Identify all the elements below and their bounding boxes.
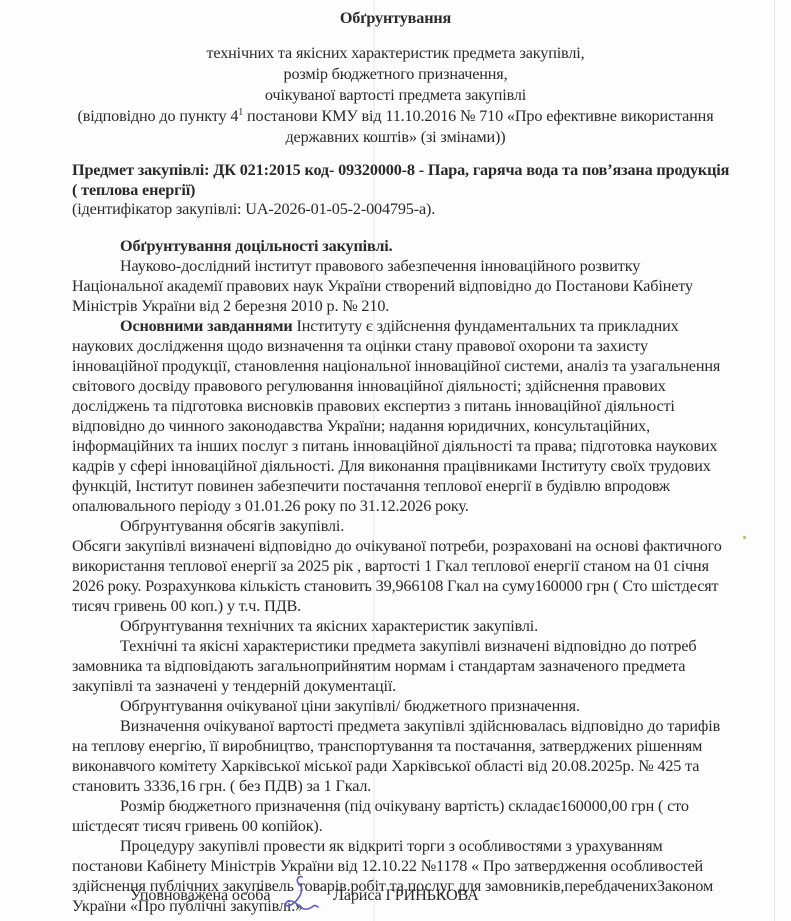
- body-line: Науково-дослідний інститут правового заб…: [120, 256, 640, 276]
- body-line: досліджень та підготовка висновків право…: [72, 396, 675, 416]
- body-line: кадрів у сфері інноваційної діяльності. …: [72, 456, 711, 476]
- procurement-identifier: (ідентифікатор закупівлі: UA-2026-01-05-…: [72, 199, 435, 219]
- body-line: Обсяги закупівлі визначені відповідно до…: [72, 536, 722, 556]
- budget-line: шістдесят тисяч гривень 00 копійок).: [72, 816, 323, 836]
- body-line: Технічні та якісні характеристики предме…: [120, 636, 696, 656]
- tasks-bold-label: Основними завданнями: [120, 317, 293, 335]
- scan-artifact: [743, 536, 746, 539]
- body-line: тисяч гривень 00 коп.) у т.ч. ПДВ.: [72, 596, 301, 616]
- body-line: Національної академії правових наук Укра…: [72, 276, 693, 296]
- handwritten-signature-icon: [282, 873, 322, 915]
- body-line: світового досвіду правового регулювання …: [72, 376, 666, 396]
- legal-basis-text: (відповідно до пункту 4: [77, 107, 238, 125]
- body-text: Інституту є здійснення фундаментальних т…: [293, 317, 679, 335]
- body-line: інноваційної продукції, становлення наці…: [72, 356, 720, 376]
- document-title: Обґрунтування: [0, 8, 791, 28]
- body-line: відповідно до чинного законодавства Укра…: [72, 416, 650, 436]
- body-line: виконавчого комітету Харківської міської…: [72, 756, 699, 776]
- procedure-line: Процедуру закупівлі провести як відкриті…: [120, 836, 663, 856]
- budget-line: Розмір бюджетного призначення (під очіку…: [120, 796, 689, 816]
- body-line: функцій, Інститут повинен забезпечити по…: [72, 476, 670, 496]
- section-heading-technical: Обґрунтування технічних та якісних харак…: [120, 616, 538, 636]
- section-heading-price: Обґрунтування очікуваної ціни закупівлі/…: [120, 696, 580, 716]
- scanned-page: Обґрунтування технічних та якісних харак…: [0, 0, 791, 921]
- signatory-role: Уповноважена особа: [130, 885, 270, 905]
- subtitle-line: розмір бюджетного призначення,: [0, 64, 791, 84]
- body-line: замовника та відповідають загальноприйня…: [72, 656, 685, 676]
- body-line: наукових дослідження щодо визначення та …: [72, 336, 648, 356]
- body-line: Визначення очікуваної вартості предмета …: [120, 716, 720, 736]
- body-line: Міністрів України від 2 березня 2010 р. …: [72, 296, 389, 316]
- section-heading-volume: Обґрунтування обсягів закупівлі.: [120, 516, 344, 536]
- legal-basis-text: постанови КМУ від 11.10.2016 № 710 «Про …: [243, 107, 713, 125]
- body-line: становить 3336,16 грн. ( без ПДВ) за 1 Г…: [72, 776, 371, 796]
- signatory-name: Лариса ГРИНЬКОВА: [333, 885, 479, 905]
- body-line: опалювального періоду з 01.01.26 року по…: [72, 496, 469, 516]
- section-heading-feasibility: Обґрунтування доцільності закупівлі.: [120, 236, 393, 256]
- procurement-subject: Предмет закупівлі: ДК 021:2015 код- 0932…: [72, 160, 729, 180]
- body-line: інформаційних та інших послуг з питань і…: [72, 436, 717, 456]
- legal-basis-line: (відповідно до пункту 41 постанови КМУ в…: [0, 106, 791, 126]
- body-line: використання теплової енергії за 2025 рі…: [72, 556, 709, 576]
- procurement-subject-cont: ( теплова енергії): [72, 180, 195, 200]
- subtitle-line: очікуваної вартості предмета закупівлі: [0, 85, 791, 105]
- body-line: 2026 року. Розрахункова кількість станов…: [72, 576, 718, 596]
- subtitle-line: технічних та якісних характеристик предм…: [0, 43, 791, 63]
- body-line: на теплову енергію, її виробництво, тран…: [72, 736, 702, 756]
- procedure-line: постанови Кабінету Міністрів України від…: [72, 856, 703, 876]
- tasks-line: Основними завданнями Інституту є здійсне…: [120, 316, 679, 336]
- body-line: закупівлі та зазначені у тендерній докум…: [72, 676, 396, 696]
- legal-basis-line: державних коштів» (зі змінами)): [0, 127, 791, 147]
